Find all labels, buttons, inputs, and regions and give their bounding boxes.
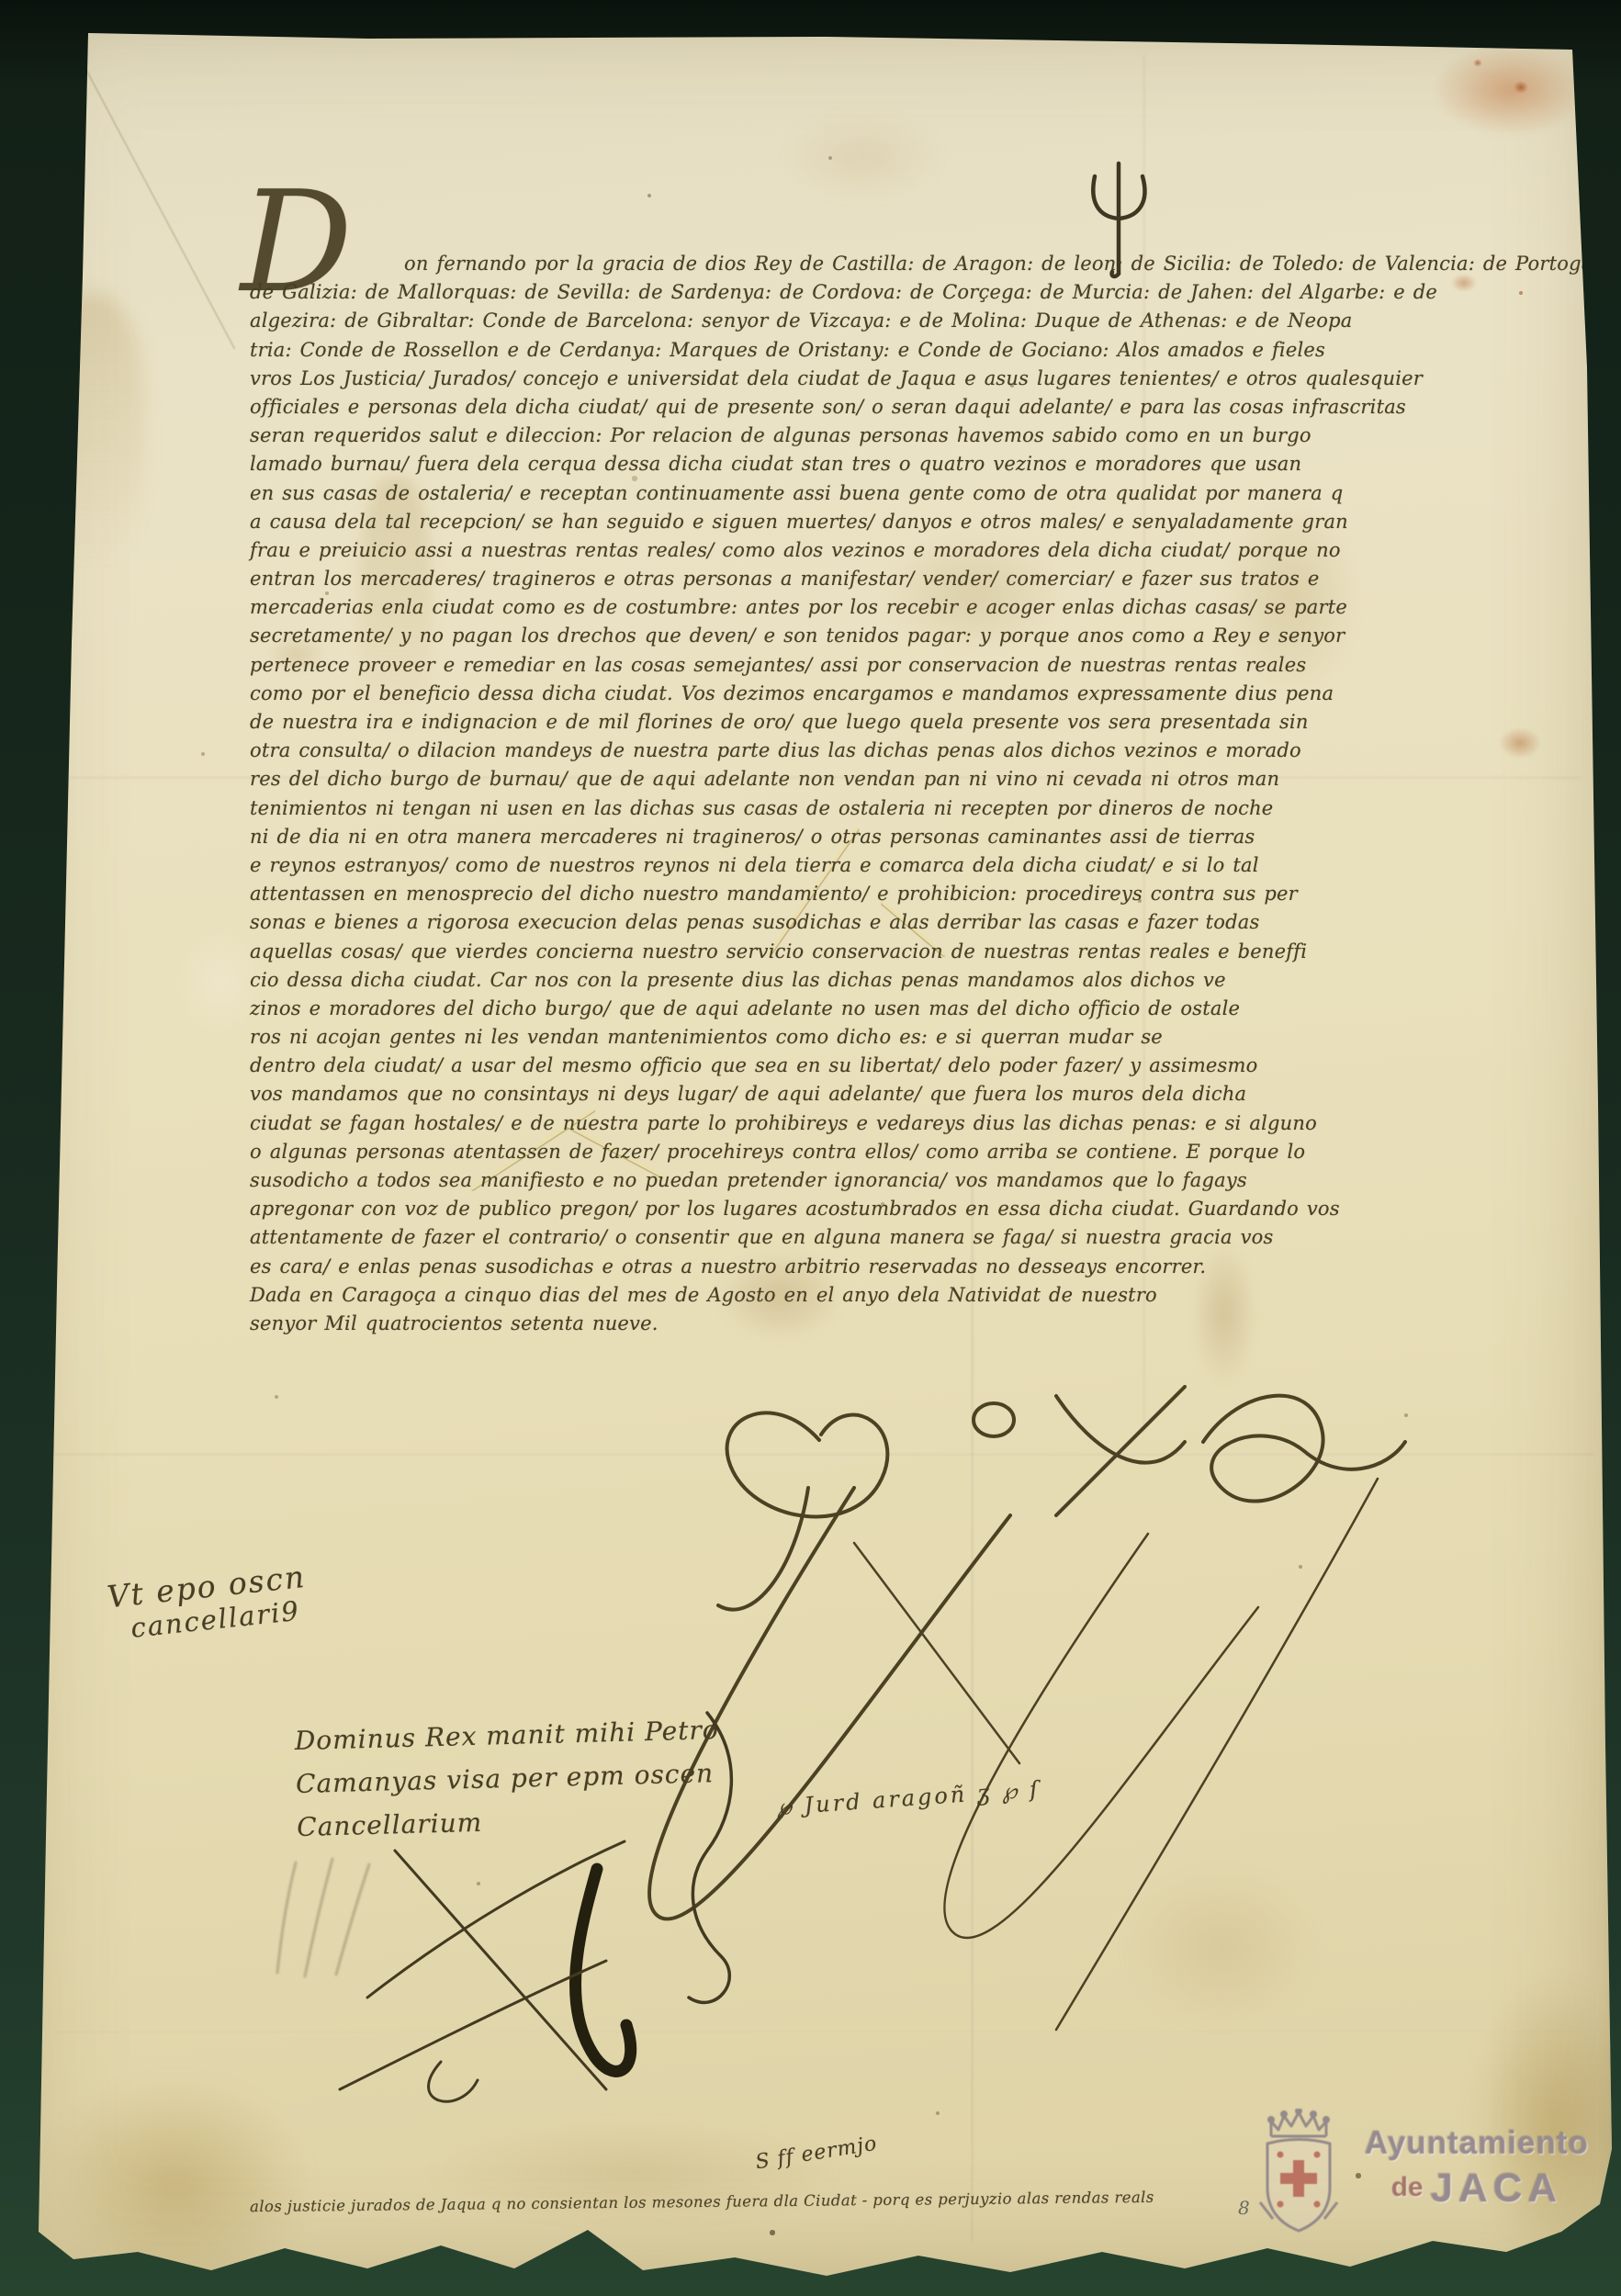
manuscript-line: cio dessa dicha ciudat. Car nos con la p… — [250, 966, 1435, 995]
fold-crease — [51, 1454, 1593, 1457]
manuscript-line: tenimientos ni tengan ni usen en las dic… — [250, 794, 1435, 823]
manuscript-line: sonas e bienes a rigorosa execucion dela… — [250, 908, 1435, 937]
manuscript-line: officiales e personas dela dicha ciudat/… — [250, 393, 1435, 422]
manuscript-line: vos mandamos que no consintays ni deys l… — [250, 1080, 1435, 1109]
manuscript-line: pertenece proveer e remediar en las cosa… — [250, 651, 1435, 680]
docket-summary-line: alos justicie jurados de Jaqua q no cons… — [250, 2189, 1154, 2215]
manuscript-line: lamado burnau/ fuera dela cerqua dessa d… — [250, 450, 1435, 478]
manuscript-line: o algunas personas atentassen de fazer/ … — [250, 1138, 1435, 1166]
manuscript-line: vros Los Justicia/ Jurados/ concejo e un… — [250, 365, 1435, 393]
manuscript-line: como por el beneficio dessa dicha ciudat… — [250, 680, 1435, 708]
side-note: ℘ Jurd aragoñ ʒ ℘ ſ — [775, 1776, 1041, 1820]
manuscript-line: senyor Mil quatrocientos setenta nueve. — [250, 1310, 1435, 1338]
manuscript-line: seran requeridos salut e dileccion: Por … — [250, 422, 1435, 450]
manuscript-line: algezira: de Gibraltar: Conde de Barcelo… — [250, 307, 1435, 335]
fold-crease — [55, 2032, 1580, 2033]
manuscript-line: zinos e moradores del dicho burgo/ que d… — [250, 995, 1435, 1023]
ayuntamiento-de-jaca-watermark: Ayuntamiento deJACA — [1245, 2105, 1613, 2252]
watermark-de-text: de — [1391, 2172, 1424, 2202]
royal-signature-flourish — [579, 1332, 1479, 2057]
watermark-ayuntamiento-text: Ayuntamiento — [1348, 2125, 1605, 2162]
stain — [1120, 1864, 1323, 2030]
stain — [781, 110, 946, 202]
manuscript-line: attentamente de fazer el contrario/ o co… — [250, 1223, 1435, 1252]
manuscript-line: es cara/ e enlas penas susodichas e otra… — [250, 1253, 1435, 1281]
show-through-marks — [268, 1853, 397, 1982]
manuscript-line: ciudat se fagan hostales/ e de nuestra p… — [250, 1109, 1435, 1138]
manuscript-line: en sus casas de ostaleria/ e receptan co… — [250, 479, 1435, 508]
manuscript-line: ni de dia ni en otra manera mercaderes n… — [250, 823, 1435, 851]
manuscript-line: susodicho a todos sea manifiesto e no pu… — [250, 1166, 1435, 1195]
manuscript-line: e reynos estranyos/ como de nuestros rey… — [250, 851, 1435, 880]
manuscript-text-block: on fernando por la gracia de dios Rey de… — [250, 250, 1435, 1338]
manuscript-line: frau e preiuicio assi a nuestras rentas … — [250, 536, 1435, 565]
stain — [1433, 44, 1589, 136]
manuscript-line: dentro dela ciudat/ a usar del mesmo off… — [250, 1052, 1435, 1080]
ink-specks — [0, 0, 2, 2]
stain — [1499, 727, 1541, 759]
manuscript-line: entran los mercaderes/ tragineros e otra… — [250, 565, 1435, 593]
docket-mark: S ff eermjo — [754, 2133, 879, 2175]
manuscript-line: ros ni acojan gentes ni les vendan mante… — [250, 1023, 1435, 1052]
manuscript-line: apregonar con voz de publico pregon/ por… — [250, 1195, 1435, 1223]
manuscript-line: tria: Conde de Rossellon e de Cerdanya: … — [250, 336, 1435, 365]
parchment-sheet: D on fernando por la gracia de dios Rey … — [0, 0, 1621, 2296]
photo-stage: D on fernando por la gracia de dios Rey … — [0, 0, 1621, 2296]
manuscript-line: de Galizia: de Mallorquas: de Sevilla: d… — [250, 278, 1435, 307]
manuscript-line: a causa dela tal recepcion/ se han segui… — [250, 508, 1435, 536]
stain — [37, 2076, 312, 2296]
jaca-coat-of-arms — [1251, 2109, 1346, 2246]
chancery-margin-note: Vt epo oscn cancellari9 — [106, 1559, 311, 1646]
manuscript-line: mercaderias enla ciudat como es de costu… — [250, 593, 1435, 622]
stain — [1473, 59, 1482, 67]
registry-note: Dominus Rex manit mihi PetroCamanyas vis… — [294, 1708, 721, 1849]
manuscript-line: otra consulta/ o dilacion mandeys de nue… — [250, 737, 1435, 765]
stain — [1514, 81, 1528, 94]
watermark-jaca-text: JACA — [1431, 2166, 1563, 2211]
manuscript-line: Dada en Caragoça a cinquo dias del mes d… — [250, 1281, 1435, 1310]
manuscript-line: aquellas cosas/ que vierdes concierna nu… — [250, 938, 1435, 966]
fold-crease — [70, 40, 235, 349]
manuscript-line: res del dicho burgo de burnau/ que de aq… — [250, 765, 1435, 793]
manuscript-line: on fernando por la gracia de dios Rey de… — [250, 250, 1435, 278]
stain — [26, 294, 145, 569]
manuscript-line: attentassen en menosprecio del dicho nue… — [250, 880, 1435, 908]
manuscript-line: de nuestra ira e indignacion e de mil fl… — [250, 708, 1435, 737]
manuscript-line: secretamente/ y no pagan los drechos que… — [250, 622, 1435, 650]
